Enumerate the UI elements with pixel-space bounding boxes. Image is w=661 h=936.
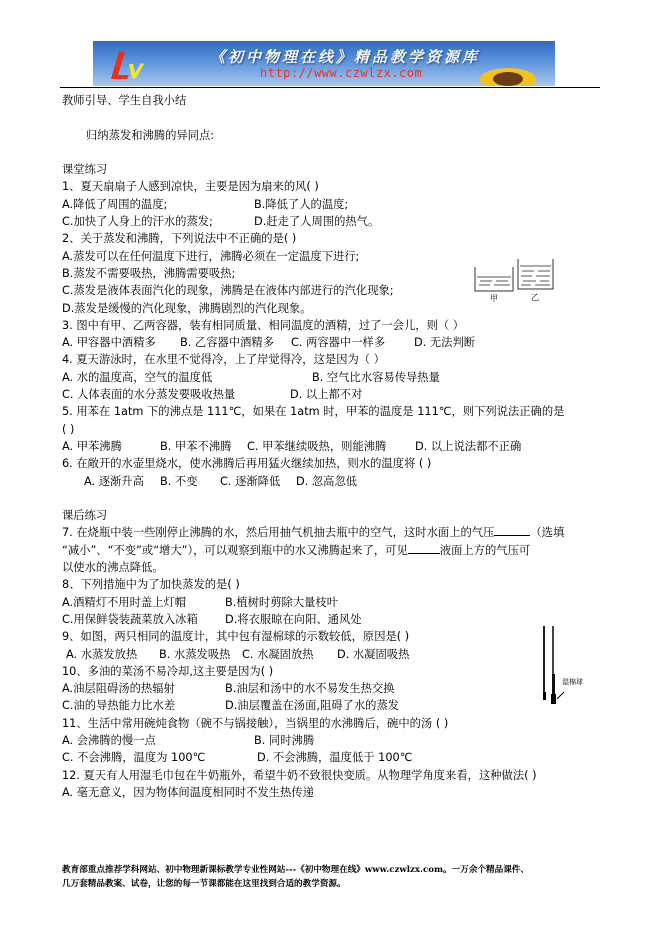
q10-stem: 10、多油的菜汤不易冷却,这主要是因为( ) — [62, 663, 622, 680]
q4-stem: 4. 夏天游泳时，在水里不觉得冷，上了岸觉得冷，这是因为（ ） — [62, 351, 622, 368]
header-rule — [60, 87, 600, 88]
q2-option-c: C.蒸发是液体表面汽化的现象，沸腾是在液体内部进行的汽化现象; — [62, 282, 622, 299]
q11-option-b: B. 同时沸腾 — [254, 732, 314, 749]
q3-option-a: A. 甲容器中酒精多 — [62, 334, 180, 351]
q5-option-c: C. 甲苯继续吸热，则能沸腾 — [247, 438, 415, 455]
q12-stem: 12. 夏天有人用湿毛巾包在牛奶瓶外，希望牛奶不致很快变质。从物理学角度来看，这… — [62, 767, 622, 784]
q8-stem: 8、下列措施中为了加快蒸发的是( ) — [62, 576, 622, 593]
q10-option-b: B.油层和汤中的水不易发生热交换 — [225, 680, 395, 697]
q8-option-a: A.酒精灯不用时盖上灯帽 — [62, 594, 225, 611]
q2-option-a: A.蒸发可以在任何温度下进行，沸腾必须在一定温度下进行; — [62, 248, 622, 265]
q7-text-2b: 液面上方的气压可 — [440, 544, 530, 557]
banner-title: 《初中物理在线》精品教学资源库 — [210, 46, 480, 67]
q10-option-a: A.油层阻碍汤的热辐射 — [62, 680, 225, 697]
q9-option-d: D. 水凝固吸热 — [337, 646, 409, 663]
q11-option-c: C. 不会沸腾，温度为 100℃ — [62, 749, 257, 766]
q7-answer-blank-1[interactable] — [494, 524, 530, 536]
worksheet-body: 教师引导、学生自我小结 归纳蒸发和沸腾的异同点: 课堂练习 1、夏天扇扇子人感到… — [62, 92, 622, 801]
q8-option-b: B.植树时剪除大量枝叶 — [225, 594, 338, 611]
q9-option-a: A. 水蒸发放热 — [66, 646, 159, 663]
q9-option-b: B. 水蒸发吸热 — [159, 646, 242, 663]
q2-stem: 2、关于蒸发和沸腾，下列说法中不正确的是( ) — [62, 230, 622, 247]
q1-stem: 1、夏天扇扇子人感到凉快，主要是因为扇来的风( ) — [62, 178, 622, 195]
q6-stem: 6. 在敞开的水壶里烧水，使水沸腾后再用猛火继续加热，则水的温度将 ( ) — [62, 455, 622, 472]
lv-logo-icon — [105, 49, 145, 81]
footer-line-1: 教育部重点推荐学科网站、初中物理新课标教学专业性网站---《初中物理在线》www… — [62, 863, 642, 877]
q11-option-d: D. 不会沸腾，温度低于 100℃ — [257, 749, 412, 766]
q11-option-a: A. 会沸腾的慢一点 — [62, 732, 254, 749]
footer-line-2: 几万套精品教案、试卷，让您的每一节课都能在这里找到合适的教学资源。 — [62, 877, 642, 891]
q1-option-b: B.降低了人的温度; — [254, 196, 348, 213]
q6-option-c: C. 逐渐降低 — [220, 473, 296, 490]
header-banner: 《初中物理在线》精品教学资源库 http://www.czwlzx.com — [93, 41, 555, 86]
q6-option-b: B. 不变 — [160, 473, 220, 490]
q3-option-d: D. 无法判断 — [414, 334, 475, 351]
q8-option-c: C.用保鲜袋装蔬菜放入冰箱 — [62, 611, 225, 628]
summary-prompt: 归纳蒸发和沸腾的异同点: — [62, 127, 622, 144]
q7-line-1: 7. 在烧瓶中装一些刚停止沸腾的水，然后用抽气机抽去瓶中的空气，这时水面上的气压… — [62, 524, 622, 541]
summary-heading: 教师引导、学生自我小结 — [62, 92, 622, 109]
q5-stem: 5. 用苯在 1atm 下的沸点是 111℃，如果在 1atm 时，甲苯的温度是… — [62, 403, 622, 420]
q11-stem: 11、生活中常用碗炖食物（碗不与锅接触），当锅里的水沸腾后，碗中的汤 ( ) — [62, 715, 622, 732]
q7-line-2: “减小”、“不变”或“增大”），可以观察到瓶中的水又沸腾起来了，可见液面上方的气… — [62, 542, 622, 559]
q7-line-3: 以使水的沸点降低。 — [62, 559, 622, 576]
q1-option-c: C.加快了人身上的汗水的蒸发; — [62, 213, 254, 230]
q10-option-c: C.油的导热能力比水差 — [62, 697, 225, 714]
page-footer: 教育部重点推荐学科网站、初中物理新课标教学专业性网站---《初中物理在线》www… — [62, 863, 642, 891]
q10-option-d: D.油层覆盖在汤面,阻碍了水的蒸发 — [225, 697, 399, 714]
banner-url: http://www.czwlzx.com — [260, 66, 422, 80]
q4-option-d: D. 以上都不对 — [290, 386, 362, 403]
q2-option-d: D.蒸发是缓慢的汽化现象，沸腾剧烈的汽化现象。 — [62, 300, 622, 317]
q9-stem: 9、如图，两只相同的温度计，其中包有湿棉球的示数较低，原因是( ) — [62, 628, 622, 645]
q7-text-1b: （选填 — [530, 526, 564, 539]
q1-option-d: D.赶走了人周围的热气。 — [254, 213, 379, 230]
q1-option-a: A.降低了周围的温度; — [62, 196, 254, 213]
classwork-heading: 课堂练习 — [62, 161, 622, 178]
q4-option-b: B. 空气比水容易传导热量 — [312, 369, 440, 386]
q5-option-b: B. 甲苯不沸腾 — [160, 438, 247, 455]
q4-option-a: A. 水的温度高，空气的温度低 — [62, 369, 312, 386]
q7-text-1a: 7. 在烧瓶中装一些刚停止沸腾的水，然后用抽气机抽去瓶中的空气，这时水面上的气压 — [62, 526, 494, 539]
q7-text-2a: “减小”、“不变”或“增大”），可以观察到瓶中的水又沸腾起来了，可见 — [62, 544, 408, 557]
q5-stem-cont: ( ) — [62, 421, 622, 438]
q5-option-a: A. 甲苯沸腾 — [62, 438, 160, 455]
q12-option-a: A. 毫无意义，因为物体间温度相同时不发生热传递 — [62, 784, 622, 801]
q4-option-c: C. 人体表面的水分蒸发要吸收热量 — [62, 386, 290, 403]
q8-option-d: D.将衣服晾在向阳、通风处 — [225, 611, 362, 628]
q3-stem: 3. 图中有甲、乙两容器，装有相同质量、相同温度的酒精，过了一会儿，则（ ） — [62, 317, 622, 334]
q7-answer-blank-2[interactable] — [408, 542, 440, 554]
sunflower-icon — [478, 59, 538, 86]
q6-option-d: D. 忽高忽低 — [296, 473, 357, 490]
q3-option-c: C. 两容器中一样多 — [291, 334, 414, 351]
q3-option-b: B. 乙容器中酒精多 — [180, 334, 291, 351]
homework-heading: 课后练习 — [62, 507, 622, 524]
q2-option-b: B.蒸发不需要吸热，沸腾需要吸热; — [62, 265, 622, 282]
q5-option-d: D. 以上说法都不正确 — [415, 438, 521, 455]
q6-option-a: A. 逐渐升高 — [84, 473, 160, 490]
q9-option-c: C. 水凝固放热 — [242, 646, 337, 663]
